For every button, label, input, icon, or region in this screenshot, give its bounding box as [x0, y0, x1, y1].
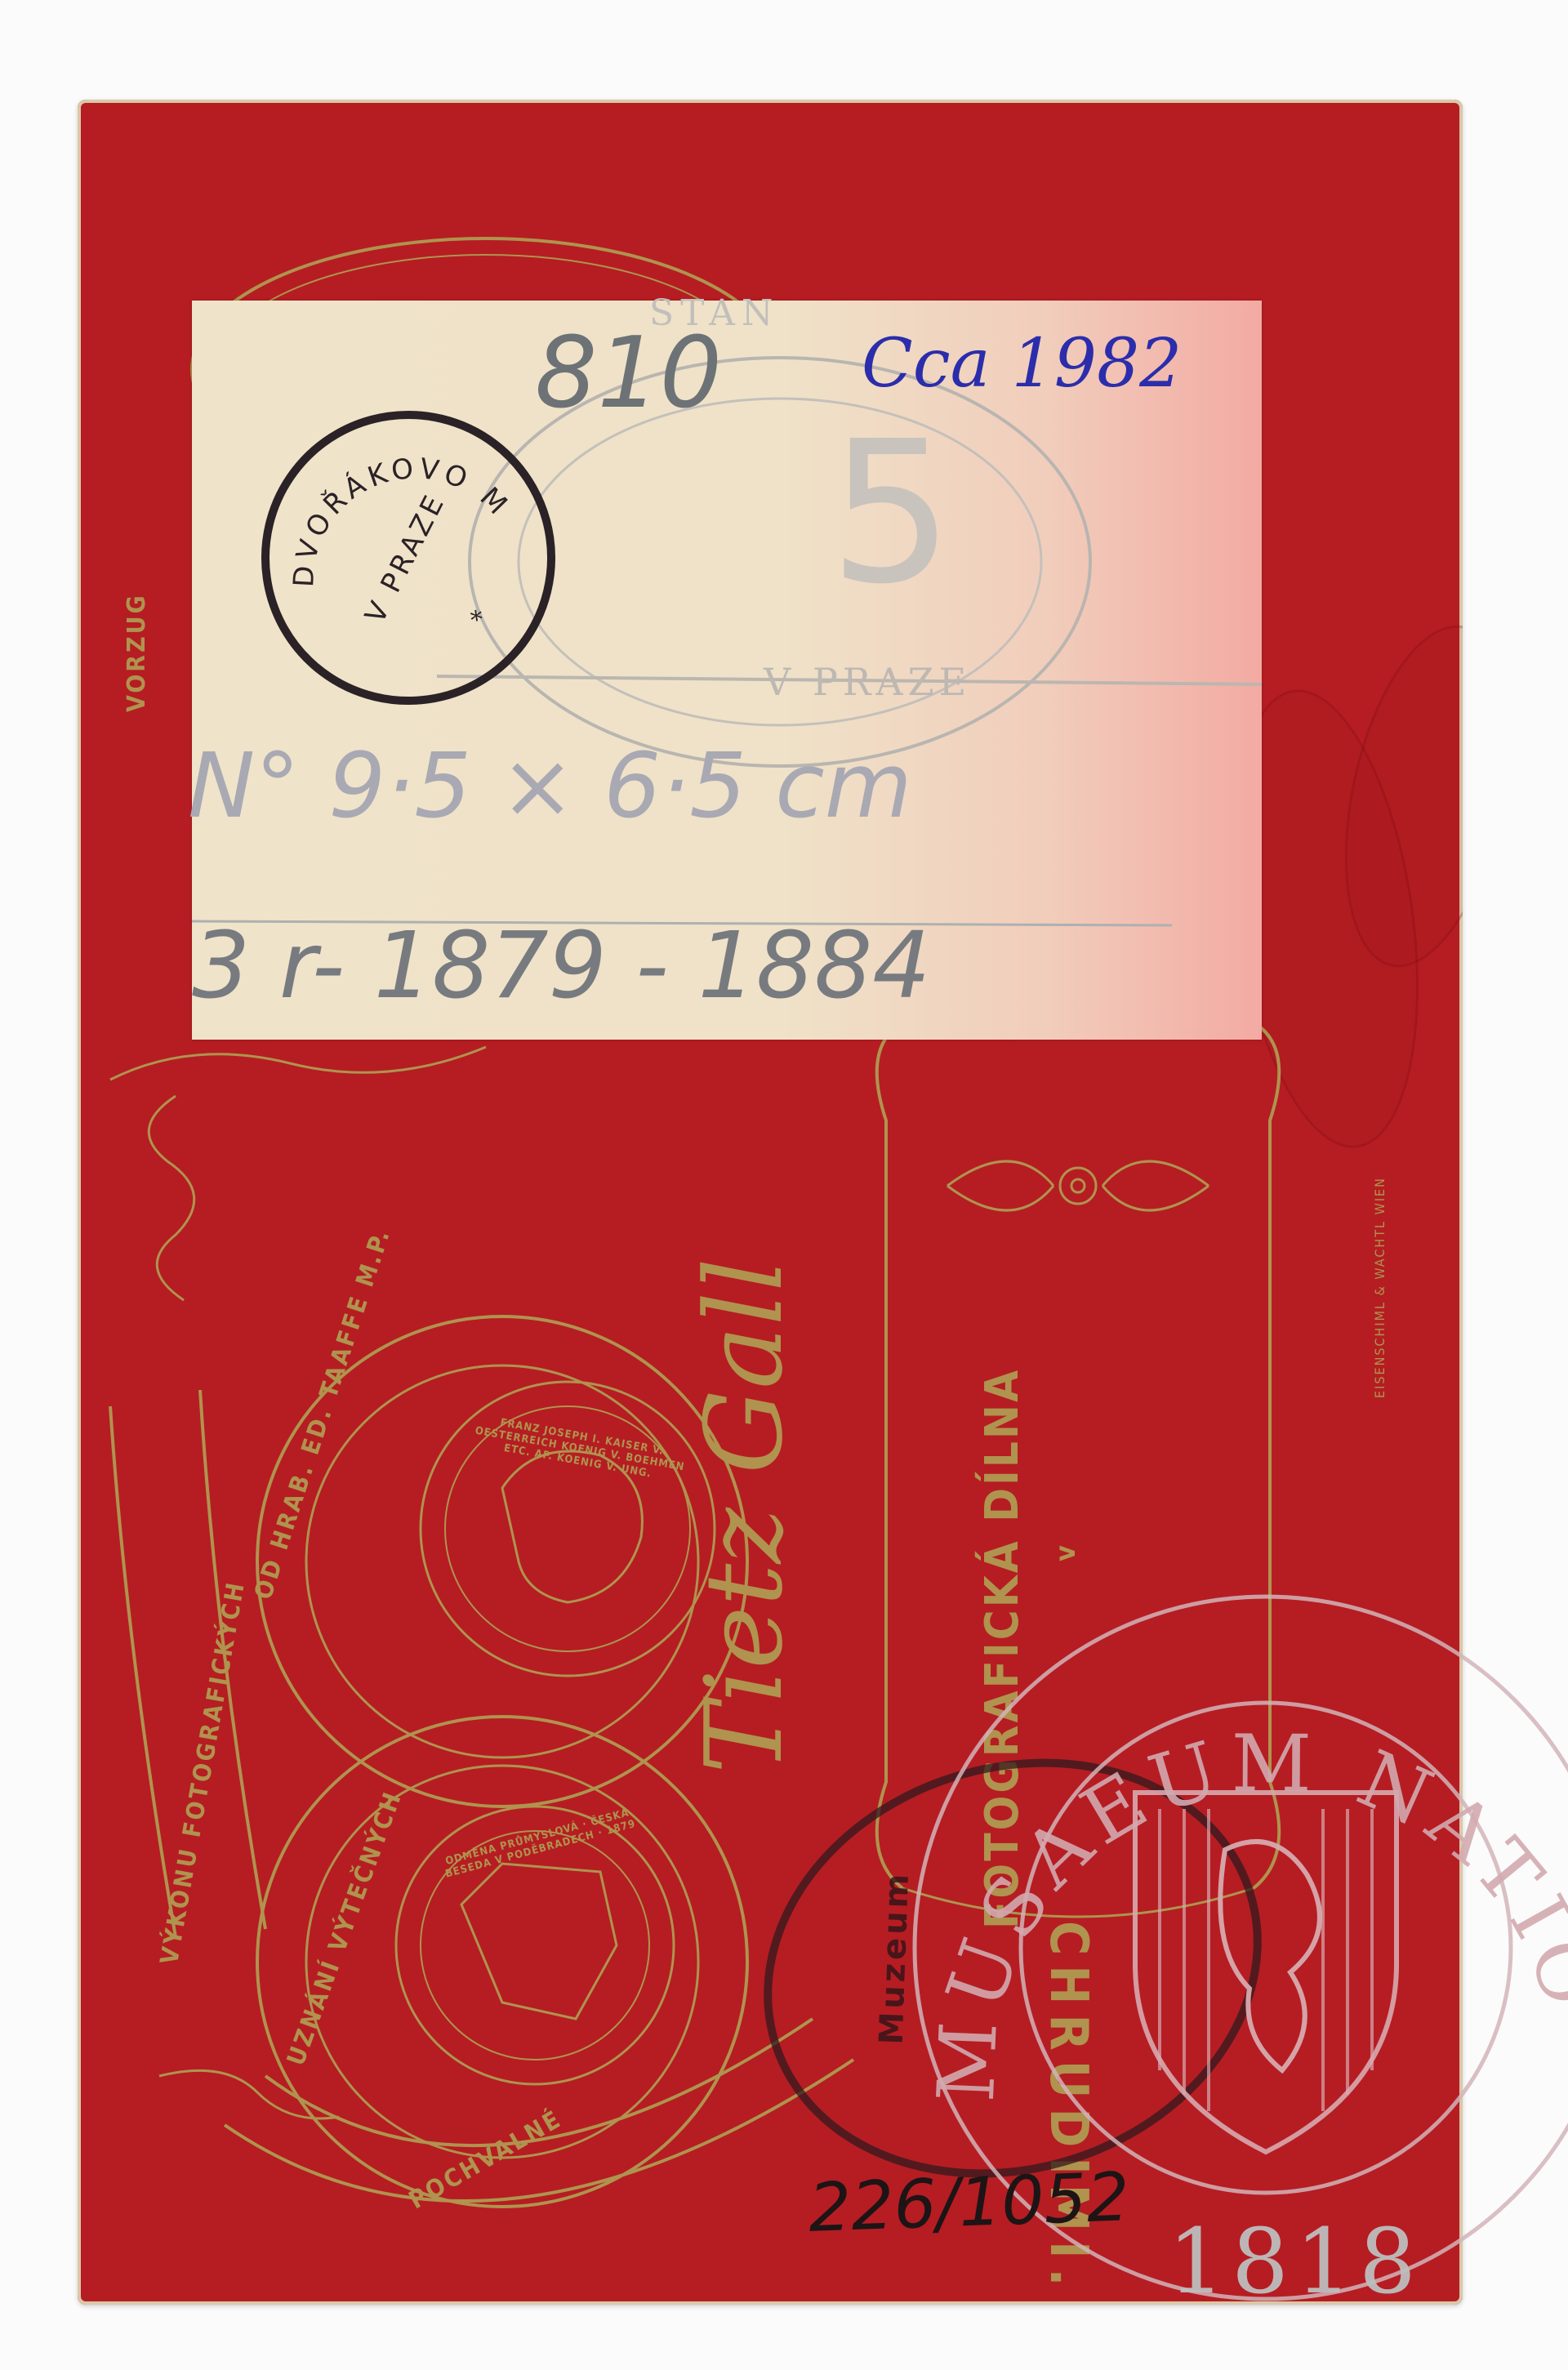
museum-nationale-text: MUSAEUM NATIONALE: [860, 1508, 1568, 2104]
banner-text-vorzug: VORZUG: [122, 593, 151, 712]
lion-shield-icon: [1135, 1793, 1396, 2152]
printer-imprint: EISENSCHIML & WACHTL WIEN: [1372, 1177, 1388, 1398]
museum-nationale-year: 1818: [1168, 2209, 1423, 2314]
dvorak-museum-stamp: DVOŘÁKOVO MUSEUM V PRAZE *: [243, 392, 575, 724]
pencil-number: 810: [535, 317, 722, 430]
archive-label: STAN V PRAZE 5 DVOŘÁKOVO MUSEUM V PRAZE …: [192, 301, 1262, 1040]
pencil-dimensions: N° 9·5 × 6·5 cm: [188, 733, 912, 838]
pencil-dates: 3 r- 1879 - 1884: [192, 913, 930, 1019]
blue-ink-date: Cca 1982: [862, 325, 1182, 403]
studio-text-v: v: [1049, 1543, 1082, 1561]
studio-signature: Tietz Gall: [682, 1258, 806, 1774]
faint-stamp-number: 5: [829, 399, 954, 627]
inventory-number: 226/1052: [807, 2158, 1130, 2247]
svg-text:MUSAEUM NATIONALE: MUSAEUM NATIONALE: [860, 1508, 1568, 2104]
faint-stamp-bottom-text: V PRAZE: [764, 660, 971, 704]
